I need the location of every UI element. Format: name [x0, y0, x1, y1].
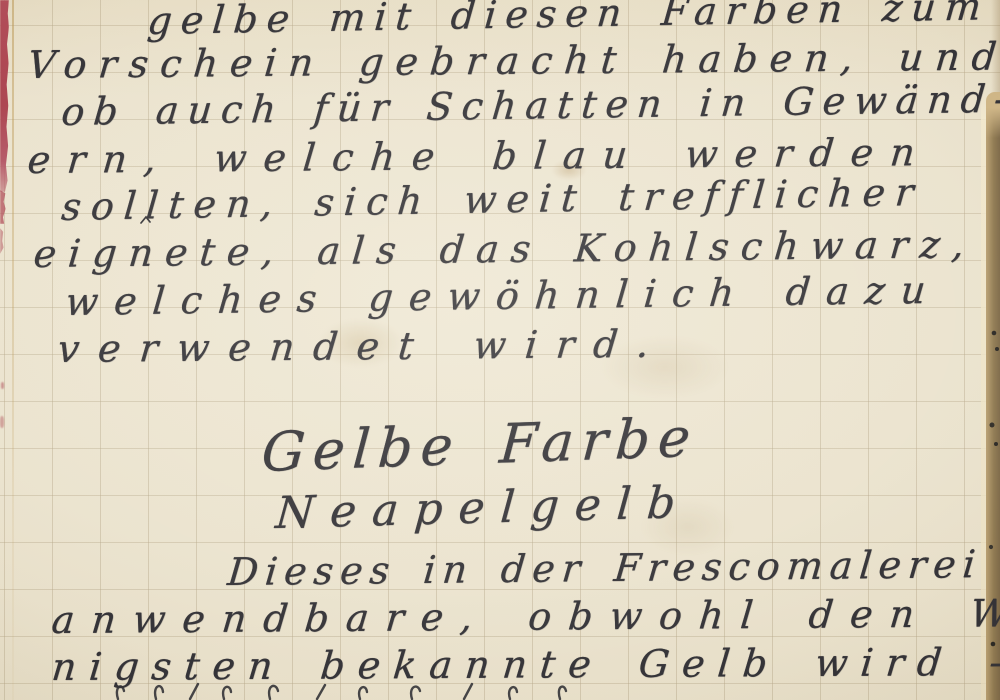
handwriting-line-2: Vorschein gebracht haben, und: [26, 37, 1000, 84]
partial-bottom-line: [112, 681, 582, 700]
handwriting-line-10: anwendbare, obwohl den We-: [50, 594, 1000, 639]
section-heading: Gelbe Farbe: [260, 411, 700, 480]
handwriting-line-11: nigsten bekannte Gelb wird –: [50, 643, 1000, 686]
red-page-edge-speck: [0, 416, 4, 428]
section-subheading: Neapelgelb: [274, 481, 693, 536]
handwriting-line-8: verwendet wird.: [56, 325, 670, 368]
handwriting-line-6: eignete, als das Kohlschwarz,: [32, 225, 978, 273]
handwriting-line-7: welches gewöhnlich dazu: [64, 271, 943, 321]
handwriting-line-9: Dieses in der Frescomalerei: [226, 545, 984, 591]
scanned-notebook-page: gelbe mit diesen Farben zum Vorschein ge…: [0, 0, 1000, 700]
edge-ink-specks: [0, 0, 2, 2]
red-page-edge-speck: [1, 382, 4, 389]
ink-speck: [140, 215, 152, 225]
left-margin-crease: [12, 0, 14, 700]
